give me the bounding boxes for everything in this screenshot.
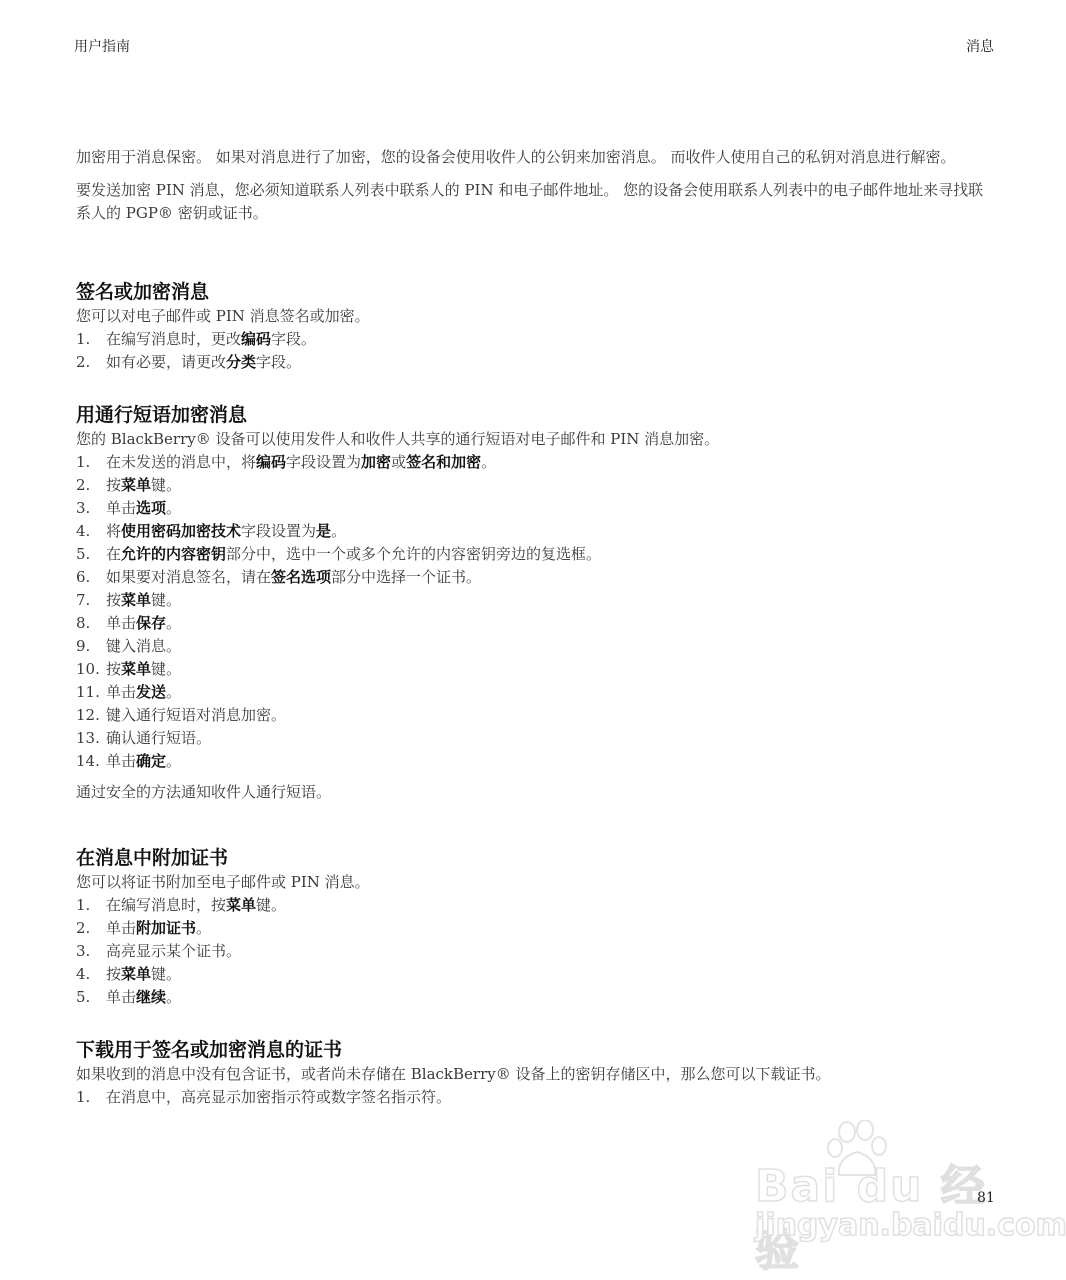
section-title: 下载用于签名或加密消息的证书 [76,1037,998,1063]
step-text: 在未发送的消息中，将编码字段设置为加密或签名和加密。 [106,451,496,474]
step-item: 11.单击发送。 [76,681,998,704]
ui-term: 菜单 [121,965,151,983]
step-item: 2.如有必要，请更改分类字段。 [76,351,998,374]
section-download-certificate: 下载用于签名或加密消息的证书 如果收到的消息中没有包含证书，或者尚未存储在 Bl… [76,1037,998,1109]
step-text: 按菜单键。 [106,658,181,681]
step-item: 14.单击确定。 [76,750,998,773]
section-intro: 您的 BlackBerry® 设备可以使用发件人和收件人共享的通行短语对电子邮件… [76,428,998,451]
ui-term: 分类 [226,353,256,371]
step-number: 1. [76,1086,106,1109]
step-number: 3. [76,497,106,520]
ui-term: 编码 [241,330,271,348]
step-item: 1.在编写消息时，更改编码字段。 [76,328,998,351]
step-text-run: 。 [481,453,496,471]
step-text-run: 字段。 [256,353,301,371]
step-number: 2. [76,917,106,940]
step-number: 1. [76,328,106,351]
page-number: 81 [977,1190,995,1206]
step-number: 11. [76,681,106,704]
step-item: 7.按菜单键。 [76,589,998,612]
step-text-run: 在编写消息时，更改 [106,330,241,348]
step-text: 如有必要，请更改分类字段。 [106,351,301,374]
step-text-run: 。 [166,988,181,1006]
step-text: 单击选项。 [106,497,181,520]
ui-term: 签名选项 [271,568,331,586]
step-item: 2.单击附加证书。 [76,917,998,940]
step-text-run: 部分中选择一个证书。 [331,568,481,586]
step-text-run: 单击 [106,683,136,701]
ui-term: 附加证书 [136,919,196,937]
step-text-run: 。 [166,614,181,632]
step-text-run: 高亮显示某个证书。 [106,942,241,960]
ui-term: 允许的内容密钥 [121,545,226,563]
step-text-run: 键。 [151,591,181,609]
step-text-run: 字段设置为 [241,522,316,540]
section-intro: 如果收到的消息中没有包含证书，或者尚未存储在 BlackBerry® 设备上的密… [76,1063,998,1086]
step-text-run: 。 [166,752,181,770]
ui-term: 是 [316,522,331,540]
step-text: 在允许的内容密钥部分中，选中一个或多个允许的内容密钥旁边的复选框。 [106,543,601,566]
section-passphrase-encrypt: 用通行短语加密消息 您的 BlackBerry® 设备可以使用发件人和收件人共享… [76,402,998,804]
step-text-run: 字段。 [271,330,316,348]
ui-term: 选项 [136,499,166,517]
intro-paragraph: 加密用于消息保密。 如果对消息进行了加密，您的设备会使用收件人的公钥来加密消息。… [76,146,998,169]
ui-term: 保存 [136,614,166,632]
step-text-run: 按 [106,476,121,494]
step-text: 在消息中，高亮显示加密指示符或数字签名指示符。 [106,1086,451,1109]
step-text-run: 按 [106,965,121,983]
step-text-run: 单击 [106,499,136,517]
intro-block: 加密用于消息保密。 如果对消息进行了加密，您的设备会使用收件人的公钥来加密消息。… [76,146,998,235]
step-number: 3. [76,940,106,963]
step-text: 按菜单键。 [106,474,181,497]
ui-term: 菜单 [121,591,151,609]
step-item: 3.高亮显示某个证书。 [76,940,998,963]
step-text-run: 如果要对消息签名，请在 [106,568,271,586]
ui-term: 菜单 [121,476,151,494]
step-text-run: 或 [391,453,406,471]
ui-term: 菜单 [121,660,151,678]
step-item: 4.将使用密码加密技术字段设置为是。 [76,520,998,543]
ui-term: 编码 [256,453,286,471]
section-note: 通过安全的方法通知收件人通行短语。 [76,781,998,804]
step-number: 9. [76,635,106,658]
step-number: 4. [76,963,106,986]
step-text-run: 。 [166,499,181,517]
section-intro: 您可以将证书附加至电子邮件或 PIN 消息。 [76,871,998,894]
section-sign-or-encrypt: 签名或加密消息 您可以对电子邮件或 PIN 消息签名或加密。 1.在编写消息时，… [76,279,998,374]
step-text-run: 在未发送的消息中，将 [106,453,256,471]
step-text-run: 在 [106,545,121,563]
step-number: 5. [76,543,106,566]
step-text: 键入通行短语对消息加密。 [106,704,286,727]
step-text-run: 如有必要，请更改 [106,353,226,371]
step-text-run: 键。 [151,476,181,494]
step-text-run: 。 [331,522,346,540]
step-text-run: 。 [196,919,211,937]
step-text: 单击继续。 [106,986,181,1009]
step-text-run: 在编写消息时，按 [106,896,226,914]
baidu-watermark: Bai du 经验 jingyan.baidu.com [755,1120,1015,1250]
step-text: 单击附加证书。 [106,917,211,940]
step-item: 3.单击选项。 [76,497,998,520]
step-text: 按菜单键。 [106,589,181,612]
step-text-run: 确认通行短语。 [106,729,211,747]
step-text-run: 按 [106,591,121,609]
step-number: 14. [76,750,106,773]
step-text-run: 键。 [256,896,286,914]
step-text: 如果要对消息签名，请在签名选项部分中选择一个证书。 [106,566,481,589]
step-text-run: 。 [166,683,181,701]
section-title: 在消息中附加证书 [76,845,998,871]
step-text-run: 在消息中，高亮显示加密指示符或数字签名指示符。 [106,1088,451,1106]
watermark-url: jingyan.baidu.com [755,1208,1066,1243]
step-number: 12. [76,704,106,727]
step-item: 1.在消息中，高亮显示加密指示符或数字签名指示符。 [76,1086,998,1109]
step-text-run: 键。 [151,660,181,678]
step-number: 5. [76,986,106,1009]
step-item: 12.键入通行短语对消息加密。 [76,704,998,727]
step-number: 4. [76,520,106,543]
step-text-run: 单击 [106,752,136,770]
step-list: 1.在编写消息时，更改编码字段。2.如有必要，请更改分类字段。 [76,328,998,374]
ui-term: 发送 [136,683,166,701]
step-text-run: 键入通行短语对消息加密。 [106,706,286,724]
step-text-run: 部分中，选中一个或多个允许的内容密钥旁边的复选框。 [226,545,601,563]
step-list: 1.在消息中，高亮显示加密指示符或数字签名指示符。 [76,1086,998,1109]
step-text-run: 单击 [106,919,136,937]
step-item: 1.在编写消息时，按菜单键。 [76,894,998,917]
step-item: 10.按菜单键。 [76,658,998,681]
ui-term: 签名和加密 [406,453,481,471]
ui-term: 加密 [361,453,391,471]
step-number: 13. [76,727,106,750]
step-number: 2. [76,351,106,374]
step-text: 在编写消息时，按菜单键。 [106,894,286,917]
step-text: 按菜单键。 [106,963,181,986]
step-text: 单击发送。 [106,681,181,704]
step-text-run: 字段设置为 [286,453,361,471]
step-item: 9.键入消息。 [76,635,998,658]
step-item: 5.在允许的内容密钥部分中，选中一个或多个允许的内容密钥旁边的复选框。 [76,543,998,566]
step-number: 1. [76,894,106,917]
step-number: 8. [76,612,106,635]
step-text: 确认通行短语。 [106,727,211,750]
step-text: 单击确定。 [106,750,181,773]
step-text: 将使用密码加密技术字段设置为是。 [106,520,346,543]
step-item: 5.单击继续。 [76,986,998,1009]
step-number: 7. [76,589,106,612]
step-list: 1.在编写消息时，按菜单键。2.单击附加证书。3.高亮显示某个证书。4.按菜单键… [76,894,998,1009]
step-list: 1.在未发送的消息中，将编码字段设置为加密或签名和加密。2.按菜单键。3.单击选… [76,451,998,773]
step-number: 2. [76,474,106,497]
step-text-run: 按 [106,660,121,678]
section-title: 签名或加密消息 [76,279,998,305]
step-text: 单击保存。 [106,612,181,635]
step-item: 8.单击保存。 [76,612,998,635]
step-text-run: 将 [106,522,121,540]
ui-term: 使用密码加密技术 [121,522,241,540]
step-text-run: 键。 [151,965,181,983]
ui-term: 菜单 [226,896,256,914]
step-text-run: 单击 [106,614,136,632]
step-item: 6.如果要对消息签名，请在签名选项部分中选择一个证书。 [76,566,998,589]
step-number: 1. [76,451,106,474]
section-attach-certificate: 在消息中附加证书 您可以将证书附加至电子邮件或 PIN 消息。 1.在编写消息时… [76,845,998,1009]
step-item: 4.按菜单键。 [76,963,998,986]
step-number: 10. [76,658,106,681]
step-text-run: 单击 [106,988,136,1006]
step-text: 高亮显示某个证书。 [106,940,241,963]
step-text-run: 键入消息。 [106,637,181,655]
step-item: 1.在未发送的消息中，将编码字段设置为加密或签名和加密。 [76,451,998,474]
ui-term: 继续 [136,988,166,1006]
step-text: 在编写消息时，更改编码字段。 [106,328,316,351]
step-item: 13.确认通行短语。 [76,727,998,750]
step-number: 6. [76,566,106,589]
section-intro: 您可以对电子邮件或 PIN 消息签名或加密。 [76,305,998,328]
running-header-chapter: 消息 [966,36,994,56]
ui-term: 确定 [136,752,166,770]
intro-paragraph: 要发送加密 PIN 消息，您必须知道联系人列表中联系人的 PIN 和电子邮件地址… [76,179,998,225]
step-text: 键入消息。 [106,635,181,658]
running-header-title: 用户指南 [74,36,130,56]
section-title: 用通行短语加密消息 [76,402,998,428]
step-item: 2.按菜单键。 [76,474,998,497]
